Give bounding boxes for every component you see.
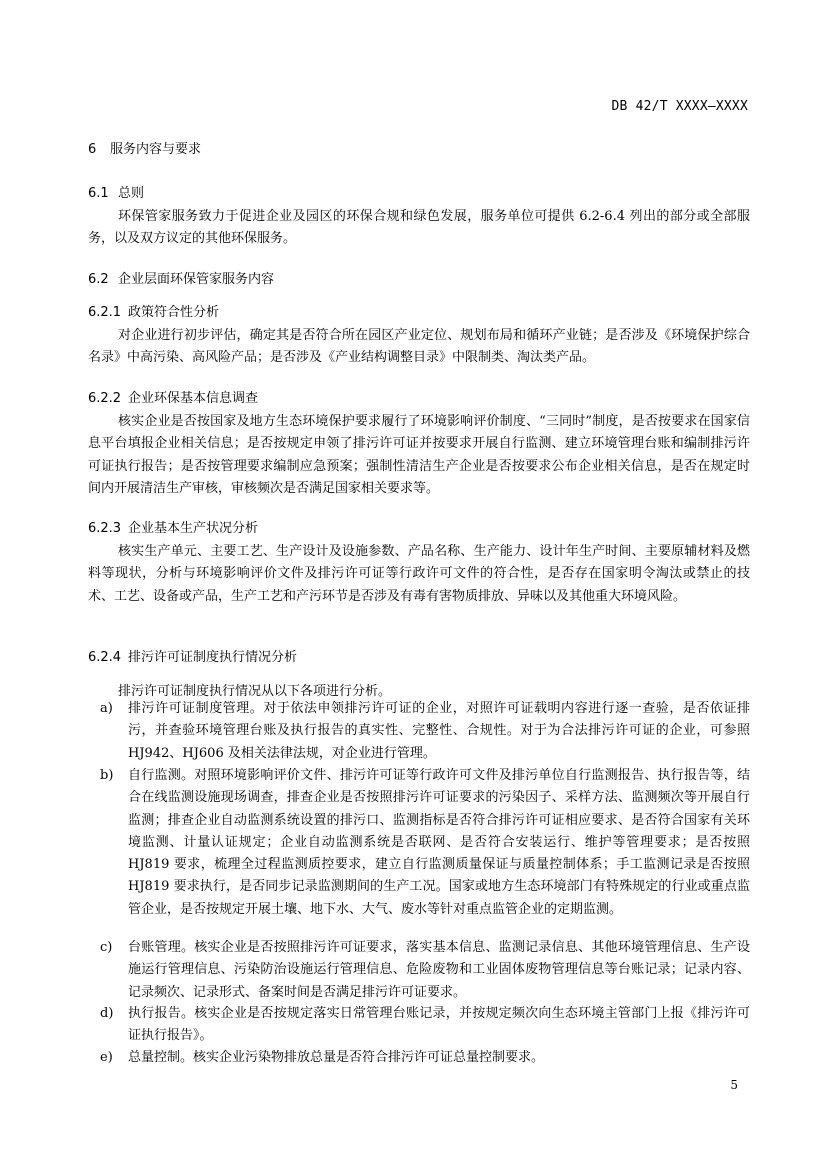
list-item: e) 总量控制。核实企业污染物排放总量是否符合排污许可证总量控制要求。 [100,1047,750,1069]
section-title: 企业基本生产状况分析 [128,521,258,536]
list-marker: a) [100,698,113,720]
list-item: c) 台账管理。核实企业是否按照排污许可证要求，落实基本信息、监测记录信息、其他… [100,937,750,1004]
section-title: 排污许可证制度执行情况分析 [128,650,297,665]
list-item-text: 自行监测。对照环境影响评价文件、排污许可证等行政许可文件及排污单位自行监测报告、… [128,765,750,921]
list-marker: c) [100,937,112,959]
list-marker: d) [100,1003,113,1025]
section-6-1-heading: 6.1总则 [88,182,144,201]
section-6-2-4-heading: 6.2.4排污许可证制度执行情况分析 [88,646,297,665]
list-item-text: 台账管理。核实企业是否按照排污许可证要求，落实基本信息、监测记录信息、其他环境管… [128,937,750,1004]
list-item: d) 执行报告。核实企业是否按规定落实日常管理台账记录，并按规定频次向生态环境主… [100,1003,750,1048]
section-6-2-4-intro: 排污许可证制度执行情况从以下各项进行分析。 [118,680,391,699]
section-number: 6.2.2 [88,391,128,406]
section-number: 6 [88,142,110,157]
section-number: 6.2.3 [88,521,128,536]
section-title: 企业层面环保管家服务内容 [118,272,274,287]
section-title: 政策符合性分析 [128,305,219,320]
section-title: 企业环保基本信息调查 [128,391,258,406]
list-marker: e) [100,1047,113,1069]
section-title: 总则 [118,186,144,201]
document-page: DB 42/T XXXX—XXXX 6服务内容与要求 6.1总则 环保管家服务致… [0,0,826,1169]
document-code-header: DB 42/T XXXX—XXXX [612,99,748,114]
section-number: 6.2.1 [88,305,128,320]
section-6-2-2-heading: 6.2.2企业环保基本信息调查 [88,387,258,406]
list-marker: b) [100,765,113,787]
section-6-2-3-heading: 6.2.3企业基本生产状况分析 [88,517,258,536]
list-item: b) 自行监测。对照环境影响评价文件、排污许可证等行政许可文件及排污单位自行监测… [100,765,750,921]
section-6-2-1-heading: 6.2.1政策符合性分析 [88,301,219,320]
section-number: 6.2 [88,272,118,287]
list-item: a) 排污许可证制度管理。对于依法申领排污许可证的企业，对照许可证载明内容进行逐… [100,698,750,765]
section-title: 服务内容与要求 [110,142,201,157]
section-6-1-body: 环保管家服务致力于促进企业及园区的环保合规和绿色发展，服务单位可提供 6.2-6… [88,206,750,251]
page-number: 5 [730,1078,738,1092]
section-6-2-2-body: 核实企业是否按国家及地方生态环境保护要求履行了环境影响评价制度、“三同时”制度，… [88,411,750,500]
section-6-2-heading: 6.2企业层面环保管家服务内容 [88,268,274,287]
list-item-text: 总量控制。核实企业污染物排放总量是否符合排污许可证总量控制要求。 [128,1047,750,1069]
section-6-2-3-body: 核实生产单元、主要工艺、生产设计及设施参数、产品名称、生产能力、设计年生产时间、… [88,541,750,608]
list-item-text: 执行报告。核实企业是否按规定落实日常管理台账记录，并按规定频次向生态环境主管部门… [128,1003,750,1048]
section-number: 6.2.4 [88,650,128,665]
section-number: 6.1 [88,186,118,201]
list-item-text: 排污许可证制度管理。对于依法申领排污许可证的企业，对照许可证载明内容进行逐一查验… [128,698,750,765]
section-6-2-1-body: 对企业进行初步评估，确定其是否符合所在园区产业定位、规划布局和循环产业链；是否涉… [88,325,750,370]
section-6-heading: 6服务内容与要求 [88,138,201,157]
